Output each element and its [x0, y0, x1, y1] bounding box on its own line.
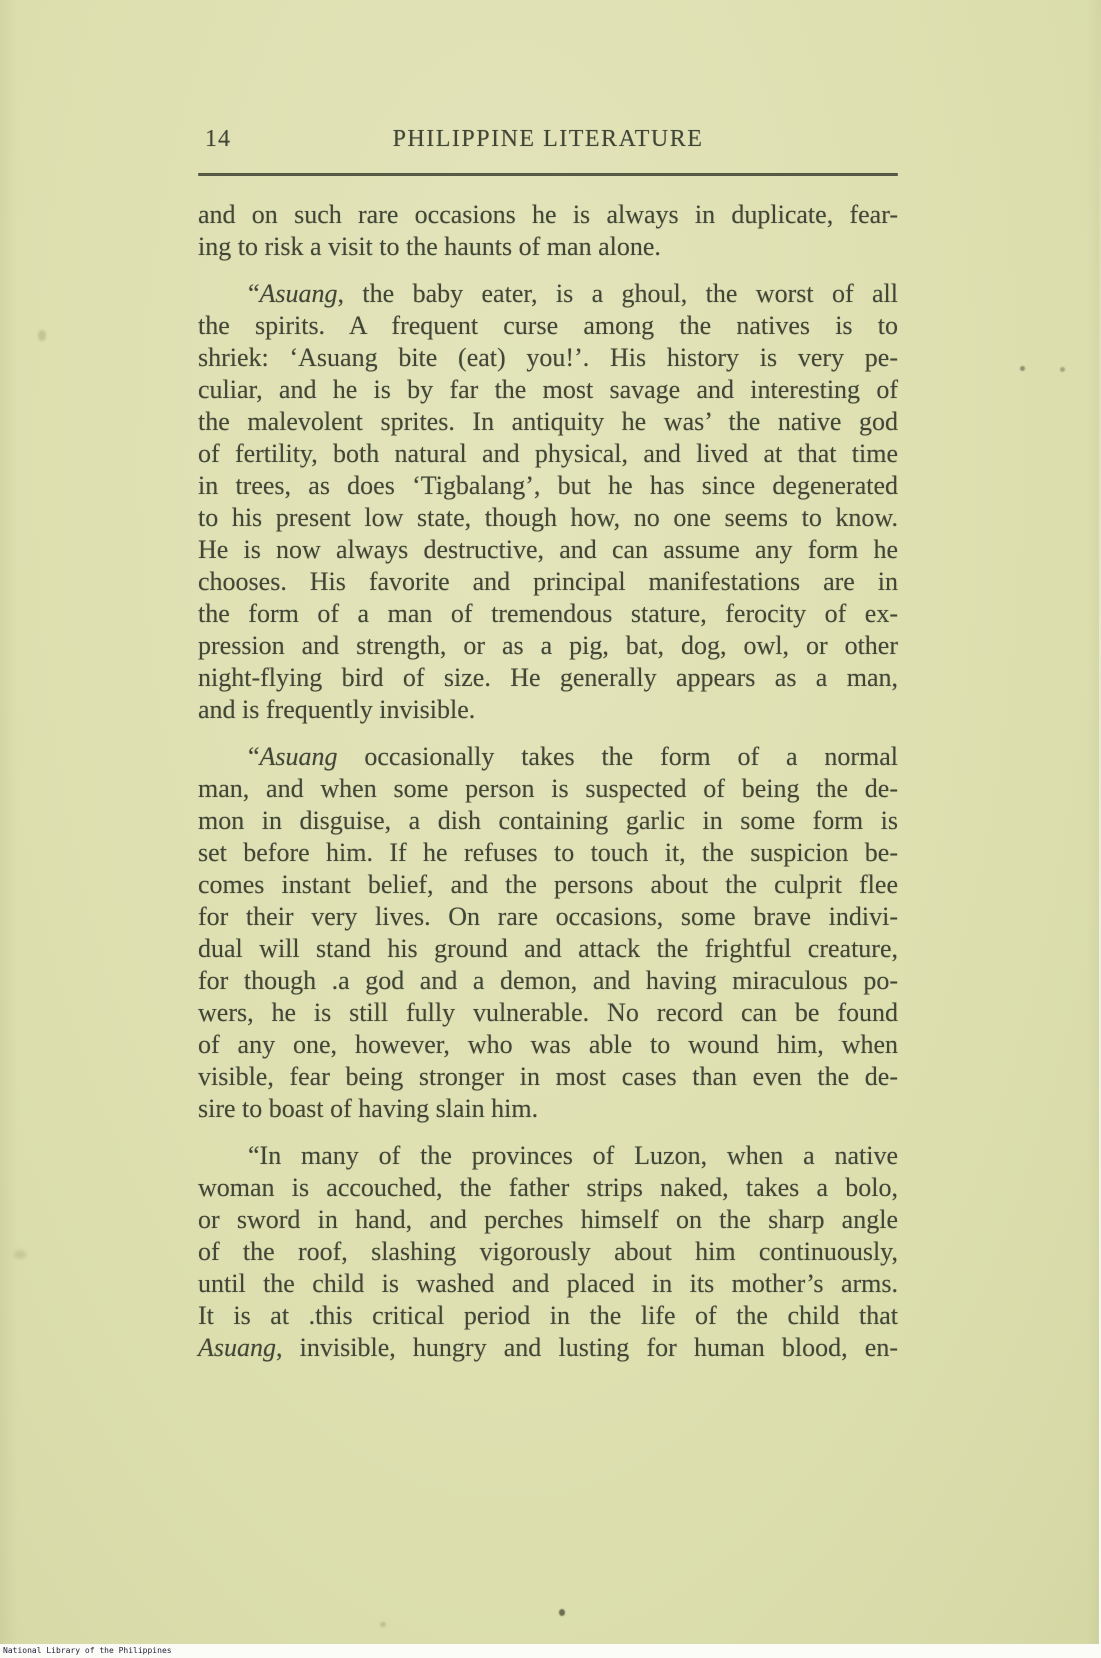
text-line: culiar, and he is by far the most savage… [198, 374, 898, 406]
paper-blemish [380, 1622, 386, 1627]
text-line: “In many of the provinces of Luzon, when… [198, 1140, 898, 1172]
page-title: PHILIPPINE LITERATURE [198, 126, 898, 152]
paragraph: “Asuang occasionally takes the form of a… [198, 741, 898, 1125]
text-line: or sword in hand, and perches himself on… [198, 1204, 898, 1236]
text-line: the malevolent sprites. In antiquity he … [198, 406, 898, 438]
text-line: woman is accouched, the father strips na… [198, 1172, 898, 1204]
text-line: shriek: ‘Asuang bite (eat) you!’. His hi… [198, 342, 898, 374]
text-line: the spirits. A frequent curse among the … [198, 310, 898, 342]
text-line: for though .a god and a demon, and havin… [198, 965, 898, 997]
text-line: and is frequently invisible. [198, 694, 898, 726]
text-line: sire to boast of having slain him. [198, 1093, 898, 1125]
text-line: dual will stand his ground and attack th… [198, 933, 898, 965]
text-block: and on such rare occasions he is always … [198, 199, 898, 1379]
paper-blemish [1060, 367, 1065, 372]
text-line: “Asuang, the baby eater, is a ghoul, the… [198, 278, 898, 310]
header-rule [198, 173, 898, 176]
paragraph: and on such rare occasions he is always … [198, 199, 898, 263]
text-line: for their very lives. On rare occasions,… [198, 901, 898, 933]
text-line: chooses. His favorite and principal mani… [198, 566, 898, 598]
text-line: of fertility, both natural and physical,… [198, 438, 898, 470]
text-line: visible, fear being stronger in most cas… [198, 1061, 898, 1093]
page-header: 14 PHILIPPINE LITERATURE [198, 126, 898, 156]
text-line: to his present low state, though how, no… [198, 502, 898, 534]
text-line: man, and when some person is suspected o… [198, 773, 898, 805]
attribution-text: National Library of the Philippines [3, 1646, 172, 1656]
text-line: mon in disguise, a dish containing garli… [198, 805, 898, 837]
text-line: and on such rare occasions he is always … [198, 199, 898, 231]
paper-blemish [14, 1250, 26, 1259]
text-line: comes instant belief, and the persons ab… [198, 869, 898, 901]
text-line: He is now always destructive, and can as… [198, 534, 898, 566]
paper-blemish [38, 330, 46, 341]
paragraph: “In many of the provinces of Luzon, when… [198, 1140, 898, 1364]
text-line: of the roof, slashing vigorously about h… [198, 1236, 898, 1268]
text-line: “Asuang occasionally takes the form of a… [198, 741, 898, 773]
text-line: in trees, as does ‘Tigbalang’, but he ha… [198, 470, 898, 502]
text-line: It is at .this critical period in the li… [198, 1300, 898, 1332]
scanned-page: 14 PHILIPPINE LITERATURE and on such rar… [0, 0, 1101, 1658]
text-line: set before him. If he refuses to touch i… [198, 837, 898, 869]
scan-footer-strip: National Library of the Philippines [0, 1644, 1101, 1658]
text-line: Asuang, invisible, hungry and lusting fo… [198, 1332, 898, 1364]
page-number: 14 [205, 126, 231, 152]
paragraph: “Asuang, the baby eater, is a ghoul, the… [198, 278, 898, 726]
text-line: the form of a man of tremendous stature,… [198, 598, 898, 630]
paper-blemish [1020, 366, 1025, 371]
text-line: until the child is washed and placed in … [198, 1268, 898, 1300]
text-line: wers, he is still fully vulnerable. No r… [198, 997, 898, 1029]
text-line: of any one, however, who was able to wou… [198, 1029, 898, 1061]
text-line: night-flying bird of size. He generally … [198, 662, 898, 694]
paper-blemish [559, 1609, 565, 1616]
text-line: pression and strength, or as a pig, bat,… [198, 630, 898, 662]
text-line: ing to risk a visit to the haunts of man… [198, 231, 898, 263]
